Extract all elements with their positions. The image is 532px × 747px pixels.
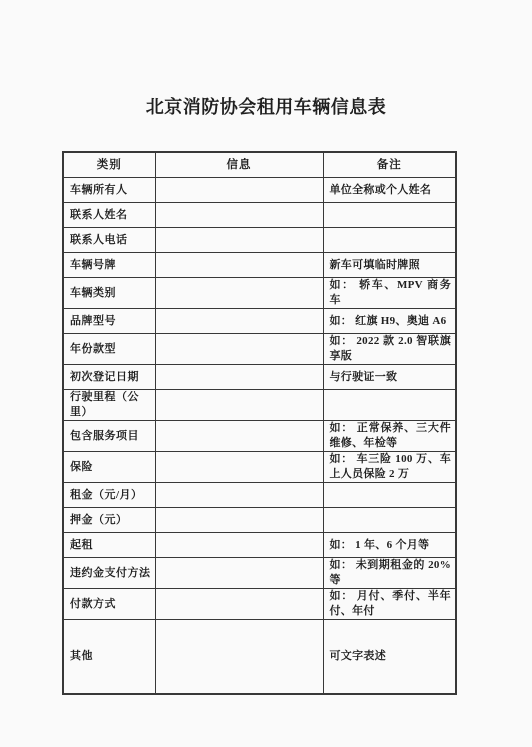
document-page: 北京消防协会租用车辆信息表 类别 信息 备注 车辆所有人 单位全称或个人姓名 联… [0, 0, 532, 747]
category-cell: 付款方式 [63, 589, 155, 620]
category-cell: 年份款型 [63, 334, 155, 365]
table-row-insurance: 保险 如： 车三险 100 万、车上人员保险 2 万 [63, 452, 456, 483]
category-cell: 联系人电话 [63, 228, 155, 253]
remark-cell: 如： 轿车、MPV 商务车 [323, 278, 456, 309]
info-cell [155, 278, 323, 309]
table-row-other: 其他 可文字表述 [63, 620, 456, 695]
remark-cell [323, 508, 456, 533]
category-cell: 联系人姓名 [63, 203, 155, 228]
column-header-info: 信息 [155, 152, 323, 178]
remark-cell: 如： 未到期租金的 20%等 [323, 558, 456, 589]
table-row-contact-name: 联系人姓名 [63, 203, 456, 228]
remark-cell: 与行驶证一致 [323, 365, 456, 390]
remark-cell: 如： 车三险 100 万、车上人员保险 2 万 [323, 452, 456, 483]
table-row-rent-per-month: 租金（元/月） [63, 483, 456, 508]
info-cell [155, 309, 323, 334]
remark-cell: 单位全称或个人姓名 [323, 178, 456, 203]
table-row-year-trim: 年份款型 如： 2022 款 2.0 智联旗享版 [63, 334, 456, 365]
info-cell [155, 365, 323, 390]
category-cell: 初次登记日期 [63, 365, 155, 390]
table-row-brand-model: 品牌型号 如： 红旗 H9、奥迪 A6 [63, 309, 456, 334]
info-cell [155, 334, 323, 365]
table-row-plate-number: 车辆号牌 新车可填临时牌照 [63, 253, 456, 278]
table-row-minimum-lease: 起租 如： 1 年、6 个月等 [63, 533, 456, 558]
remark-cell: 如： 1 年、6 个月等 [323, 533, 456, 558]
info-cell [155, 533, 323, 558]
table-row-contact-phone: 联系人电话 [63, 228, 456, 253]
table-header-row: 类别 信息 备注 [63, 152, 456, 178]
table-row-first-registration-date: 初次登记日期 与行驶证一致 [63, 365, 456, 390]
remark-cell: 如： 红旗 H9、奥迪 A6 [323, 309, 456, 334]
info-cell [155, 508, 323, 533]
category-cell: 包含服务项目 [63, 421, 155, 452]
category-cell: 租金（元/月） [63, 483, 155, 508]
info-cell [155, 452, 323, 483]
category-cell: 保险 [63, 452, 155, 483]
table-row-penalty-payment-method: 违约金支付方法 如： 未到期租金的 20%等 [63, 558, 456, 589]
info-cell [155, 483, 323, 508]
remark-cell: 如： 月付、季付、半年付、年付 [323, 589, 456, 620]
remark-cell: 如： 2022 款 2.0 智联旗享版 [323, 334, 456, 365]
column-header-remark: 备注 [323, 152, 456, 178]
remark-cell [323, 483, 456, 508]
remark-cell: 新车可填临时牌照 [323, 253, 456, 278]
remark-cell [323, 228, 456, 253]
vehicle-info-table: 类别 信息 备注 车辆所有人 单位全称或个人姓名 联系人姓名 联系人电话 [62, 151, 457, 695]
info-cell [155, 620, 323, 695]
remark-cell: 如： 正常保养、三大件维修、年检等 [323, 421, 456, 452]
info-cell [155, 421, 323, 452]
remark-cell: 可文字表述 [323, 620, 456, 695]
category-cell: 车辆号牌 [63, 253, 155, 278]
category-cell: 违约金支付方法 [63, 558, 155, 589]
remark-cell [323, 203, 456, 228]
table-row-vehicle-owner: 车辆所有人 单位全称或个人姓名 [63, 178, 456, 203]
category-cell: 车辆所有人 [63, 178, 155, 203]
table-row-vehicle-type: 车辆类别 如： 轿车、MPV 商务车 [63, 278, 456, 309]
info-cell [155, 390, 323, 421]
table-row-included-services: 包含服务项目 如： 正常保养、三大件维修、年检等 [63, 421, 456, 452]
info-cell [155, 558, 323, 589]
info-cell [155, 253, 323, 278]
info-cell [155, 228, 323, 253]
category-cell: 押金（元） [63, 508, 155, 533]
category-cell: 品牌型号 [63, 309, 155, 334]
category-cell: 其他 [63, 620, 155, 695]
table-row-mileage: 行驶里程（公里） [63, 390, 456, 421]
remark-cell [323, 390, 456, 421]
category-cell: 行驶里程（公里） [63, 390, 155, 421]
category-cell: 起租 [63, 533, 155, 558]
table-row-deposit: 押金（元） [63, 508, 456, 533]
info-cell [155, 203, 323, 228]
table-row-payment-method: 付款方式 如： 月付、季付、半年付、年付 [63, 589, 456, 620]
column-header-category: 类别 [63, 152, 155, 178]
info-cell [155, 178, 323, 203]
category-cell: 车辆类别 [63, 278, 155, 309]
page-title: 北京消防协会租用车辆信息表 [0, 95, 532, 119]
info-cell [155, 589, 323, 620]
